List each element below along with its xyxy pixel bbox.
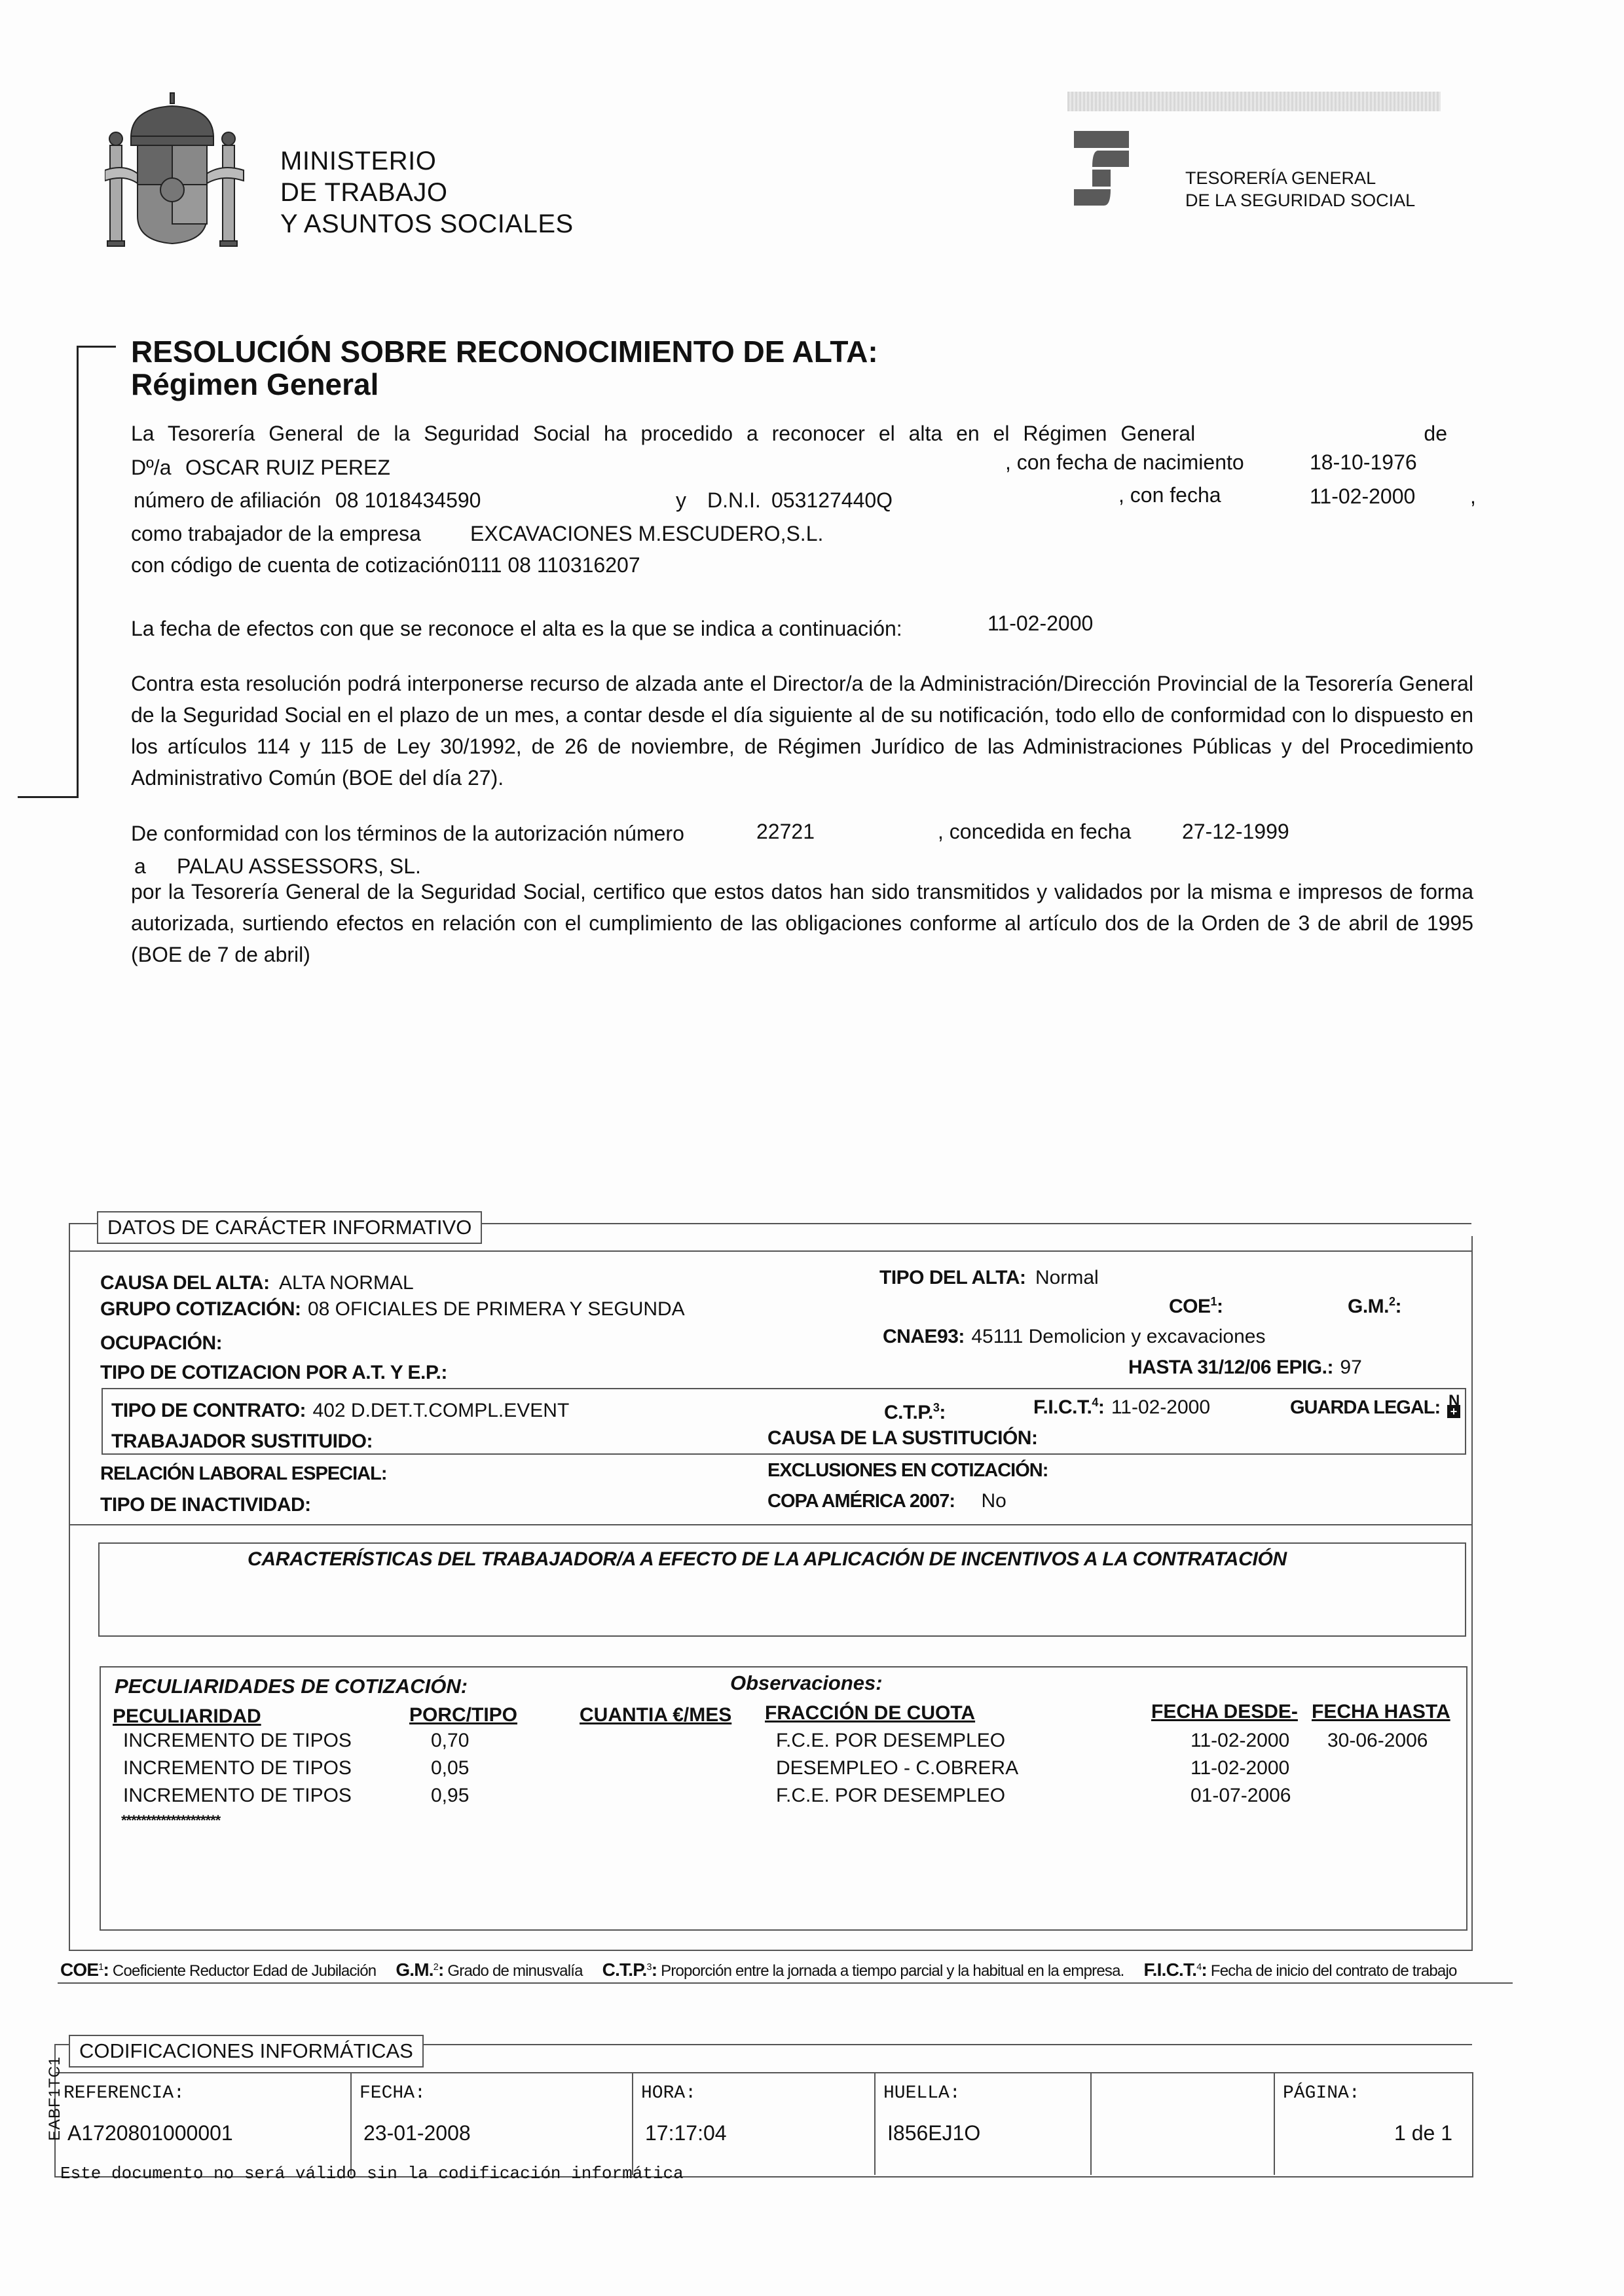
causa-sustitucion-label: CAUSA DE LA SUSTITUCIÓN: [767, 1427, 1037, 1449]
affiliation-label: número de afiliación [134, 488, 321, 512]
tipo-contrato-value: 402 D.DET.T.COMPL.EVENT [313, 1400, 570, 1421]
intro-line-1: La Tesorería General de la Seguridad Soc… [131, 422, 1447, 445]
ministry-line-1: MINISTERIO [280, 145, 574, 177]
grupo-cotizacion-label: GRUPO COTIZACIÓN: [100, 1298, 301, 1320]
margin-bracket-top [77, 346, 116, 348]
authorization-number: 22721 [756, 820, 815, 843]
alta-date: 11-02-2000 [1310, 484, 1415, 508]
fict-sup: 4 [1092, 1396, 1098, 1409]
col-fraccion: FRACCIÓN DE CUOTA [765, 1702, 975, 1724]
footnote-ctp: C.T.P.3: Proporción entre la jornada a t… [602, 1959, 1124, 1980]
epig-label: HASTA 31/12/06 EPIG.: [1128, 1357, 1333, 1378]
causa-alta-value: ALTA NORMAL [279, 1272, 414, 1294]
cell-peculiaridad: INCREMENTO DE TIPOS [123, 1785, 352, 1807]
treatment-label: Dº/a [131, 456, 171, 479]
grupo-cotizacion: GRUPO COTIZACIÓN: 08 OFICIALES DE PRIMER… [100, 1298, 685, 1321]
footnote-gm-term: G.M. [396, 1959, 433, 1980]
tipo-cotizacion-label: TIPO DE COTIZACION POR A.T. Y E.P.: [100, 1362, 447, 1384]
tipo-alta-value: Normal [1035, 1267, 1099, 1288]
ctp-field: C.T.P.3: [884, 1401, 946, 1424]
authorization-to-label: a [134, 854, 146, 878]
tipo-inactividad-label: TIPO DE INACTIVIDAD: [100, 1494, 311, 1516]
cell-desde: 11-02-2000 [1190, 1730, 1289, 1752]
codif-divider [350, 2072, 352, 2175]
col-cuantia: CUANTIA €/MES [580, 1704, 731, 1726]
alta-date-label: , con fecha [1118, 483, 1221, 507]
footnote-gm-text: Grado de minusvalía [447, 1962, 582, 1980]
margin-bracket-bottom [18, 796, 79, 798]
copa-america: COPA AMÉRICA 2007: No [767, 1490, 1006, 1512]
codif-title: CODIFICACIONES INFORMÁTICAS [69, 2035, 424, 2068]
tipo-alta: TIPO DEL ALTA: Normal [879, 1267, 1099, 1289]
plus-box-icon: + [1447, 1405, 1460, 1418]
codif-cell-value: I856EJ1O [887, 2121, 980, 2145]
guarda-legal-label: GUARDA LEGAL: [1290, 1397, 1440, 1419]
col-fecha-desde: FECHA DESDE- [1151, 1701, 1298, 1723]
cnae-label: CNAE93: [883, 1326, 965, 1347]
dni-conjunction: y [676, 488, 686, 512]
col-porc-tipo: PORC/TIPO [409, 1704, 517, 1726]
codif-cell-value: 23-01-2008 [363, 2121, 471, 2145]
title-main: RESOLUCIÓN SOBRE RECONOCIMIENTO DE ALTA: [131, 335, 878, 368]
authorization-to: PALAU ASSESSORS, SL. [177, 854, 421, 878]
gm-field: G.M.2: [1348, 1295, 1401, 1318]
affiliation-number: 08 1018434590 [335, 488, 481, 512]
ministry-coat-of-arms [105, 92, 246, 249]
cell-desde: 01-07-2006 [1190, 1785, 1291, 1807]
copa-america-value: No [981, 1490, 1006, 1512]
effects-date: 11-02-2000 [987, 611, 1093, 635]
account-label: con código de cuenta de cotización [131, 553, 458, 577]
codif-table [54, 2072, 1473, 2178]
coe-sup: 1 [1211, 1295, 1217, 1308]
effects-label: La fecha de efectos con que se reconoce … [131, 617, 902, 640]
footnote-fict-text: Fecha de inicio del contrato de trabajo [1211, 1962, 1457, 1980]
cell-hasta: 30-06-2006 [1327, 1730, 1428, 1752]
codif-cell-value: 1 de 1 [1274, 2121, 1452, 2145]
footnote-coe-term: COE [60, 1959, 98, 1980]
dni-value: 053127440Q [771, 488, 893, 512]
codif-cell-label: HORA: [641, 2083, 696, 2104]
tipo-contrato: TIPO DE CONTRATO: 402 D.DET.T.COMPL.EVEN… [111, 1400, 569, 1422]
codif-divider [632, 2072, 633, 2175]
codif-divider [874, 2072, 876, 2175]
col-fecha-hasta: FECHA HASTA [1312, 1701, 1450, 1723]
tgss-name: TESORERÍA GENERAL DE LA SEGURIDAD SOCIAL [1185, 167, 1415, 211]
footnote-fict: F.I.C.T.4: Fecha de inicio del contrato … [1143, 1959, 1456, 1980]
epig-value: 97 [1340, 1357, 1361, 1378]
company-label: como trabajador de la empresa [131, 522, 421, 545]
worker-name: OSCAR RUIZ PEREZ [185, 456, 390, 479]
footnote-coe-sup: 1 [98, 1962, 103, 1973]
codif-cell-value: 17:17:04 [645, 2121, 727, 2145]
tgss-logo [1074, 131, 1133, 210]
certification-paragraph: por la Tesorería General de la Seguridad… [131, 876, 1473, 970]
ctp-sup: 3 [933, 1401, 940, 1414]
validity-note: Este documento no será válido sin la cod… [60, 2164, 684, 2183]
ministry-name: MINISTERIO DE TRABAJO Y ASUNTOS SOCIALES [280, 145, 574, 240]
observaciones-label: Observaciones: [730, 1671, 883, 1695]
dni-label: D.N.I. [707, 488, 761, 512]
cell-fraccion: F.C.E. POR DESEMPLEO [776, 1730, 1005, 1752]
ministry-line-2: DE TRABAJO [280, 177, 574, 208]
tgss-line-1: TESORERÍA GENERAL [1185, 167, 1415, 189]
treatment: Dº/a [131, 456, 171, 479]
spanish-coat-of-arms-icon [105, 92, 246, 249]
fict-field: F.I.C.T.4: 11-02-2000 [1033, 1396, 1210, 1419]
info-header-rule [69, 1250, 1471, 1252]
ministry-line-3: Y ASUNTOS SOCIALES [280, 208, 574, 240]
authorization-label: De conformidad con los términos de la au… [131, 822, 684, 845]
copa-america-label: COPA AMÉRICA 2007: [767, 1491, 955, 1512]
gm-sup: 2 [1389, 1295, 1395, 1308]
margin-bracket [77, 346, 79, 797]
end-marker: ******************** [121, 1812, 220, 1829]
fict-label: F.I.C.T. [1033, 1396, 1092, 1418]
tipo-alta-label: TIPO DEL ALTA: [879, 1267, 1026, 1288]
footnote-fict-term: F.I.C.T. [1143, 1959, 1196, 1980]
cnae-field: CNAE93: 45111 Demolicion y excavaciones [883, 1326, 1265, 1348]
gm-label: G.M. [1348, 1296, 1389, 1317]
codif-cell-label: HUELLA: [883, 2083, 961, 2104]
codif-divider [1090, 2072, 1092, 2175]
alta-date-end: , [1470, 484, 1476, 508]
cell-peculiaridad: INCREMENTO DE TIPOS [123, 1757, 352, 1779]
causa-alta: CAUSA DEL ALTA: ALTA NORMAL [100, 1272, 414, 1294]
tgss-logo-icon [1074, 131, 1133, 210]
col-peculiaridad: PECULIARIDAD [113, 1705, 261, 1728]
footnote-coe: COE1: Coeficiente Reductor Edad de Jubil… [60, 1959, 376, 1980]
footnotes: COE1: Coeficiente Reductor Edad de Jubil… [60, 1959, 1521, 1980]
tipo-contrato-label: TIPO DE CONTRATO: [111, 1400, 306, 1421]
cell-peculiaridad: INCREMENTO DE TIPOS [123, 1730, 352, 1752]
footnote-coe-text: Coeficiente Reductor Edad de Jubilación [113, 1962, 376, 1980]
footnote-rule [58, 1982, 1513, 1984]
birth-date-label: , con fecha de nacimiento [1005, 450, 1244, 474]
authorization-date: 27-12-1999 [1182, 820, 1289, 843]
footnote-gm: G.M.2: Grado de minusvalía [396, 1959, 582, 1980]
cell-porc: 0,95 [431, 1785, 469, 1807]
cell-fraccion: F.C.E. POR DESEMPLEO [776, 1785, 1005, 1807]
epig-field: HASTA 31/12/06 EPIG.: 97 [1128, 1357, 1362, 1379]
company-name: EXCAVACIONES M.ESCUDERO,S.L. [470, 522, 823, 545]
trabajador-sustituido-label: TRABAJADOR SUSTITUIDO: [111, 1430, 373, 1453]
footnote-ctp-text: Proporción entre la jornada a tiempo par… [661, 1962, 1124, 1980]
birth-date: 18-10-1976 [1310, 450, 1417, 474]
document-title: RESOLUCIÓN SOBRE RECONOCIMIENTO DE ALTA:… [131, 335, 878, 401]
appeal-paragraph: Contra esta resolución podrá interponers… [131, 668, 1473, 793]
codif-cell-label: REFERENCIA: [64, 2083, 185, 2104]
cell-desde: 11-02-2000 [1190, 1757, 1289, 1779]
info-section-title: DATOS DE CARÁCTER INFORMATIVO [97, 1211, 482, 1244]
relacion-laboral-label: RELACIÓN LABORAL ESPECIAL: [100, 1463, 386, 1485]
ctp-label: C.T.P. [884, 1402, 933, 1423]
cell-porc: 0,05 [431, 1757, 469, 1779]
codif-cell-label: FECHA: [360, 2083, 426, 2104]
ocupacion-label: OCUPACIÓN: [100, 1332, 222, 1355]
codif-cell-value: A1720801000001 [67, 2121, 233, 2145]
tgss-line-2: DE LA SEGURIDAD SOCIAL [1185, 189, 1415, 211]
peculiaridades-title: PECULIARIDADES DE COTIZACIÓN: [115, 1675, 468, 1698]
footnote-gm-sup: 2 [434, 1962, 438, 1973]
authorization-date-label: , concedida en fecha [938, 820, 1131, 843]
account-code: 0111 08 110316207 [458, 553, 640, 577]
info-left-tick [69, 1223, 70, 1237]
guarda-legal-value: N + [1447, 1394, 1460, 1421]
coe-label: COE [1169, 1296, 1211, 1317]
exclusiones-label: EXCLUSIONES EN COTIZACIÓN: [767, 1460, 1048, 1482]
fict-value: 11-02-2000 [1111, 1396, 1210, 1418]
codif-cell-label: PÁGINA: [1283, 2083, 1360, 2104]
scan-artifact [1067, 92, 1441, 111]
grupo-cotizacion-value: 08 OFICIALES DE PRIMERA Y SEGUNDA [308, 1298, 685, 1320]
cell-fraccion: DESEMPLEO - C.OBRERA [776, 1757, 1018, 1779]
cnae-value: 45111 Demolicion y excavaciones [971, 1326, 1265, 1347]
footnote-ctp-term: C.T.P. [602, 1959, 647, 1980]
causa-alta-label: CAUSA DEL ALTA: [100, 1272, 270, 1294]
footnote-ctp-sup: 3 [646, 1962, 651, 1973]
cell-porc: 0,70 [431, 1730, 469, 1752]
intro-text: La Tesorería General de la Seguridad Soc… [131, 422, 1195, 445]
intro-text-end: de [1424, 422, 1447, 445]
fict-label-wrap: F.I.C.T.4: [1033, 1396, 1104, 1418]
coe-field: COE1: [1169, 1295, 1223, 1318]
title-sub: Régimen General [131, 368, 878, 401]
form-code: EABF1TC1 [46, 2056, 64, 2141]
